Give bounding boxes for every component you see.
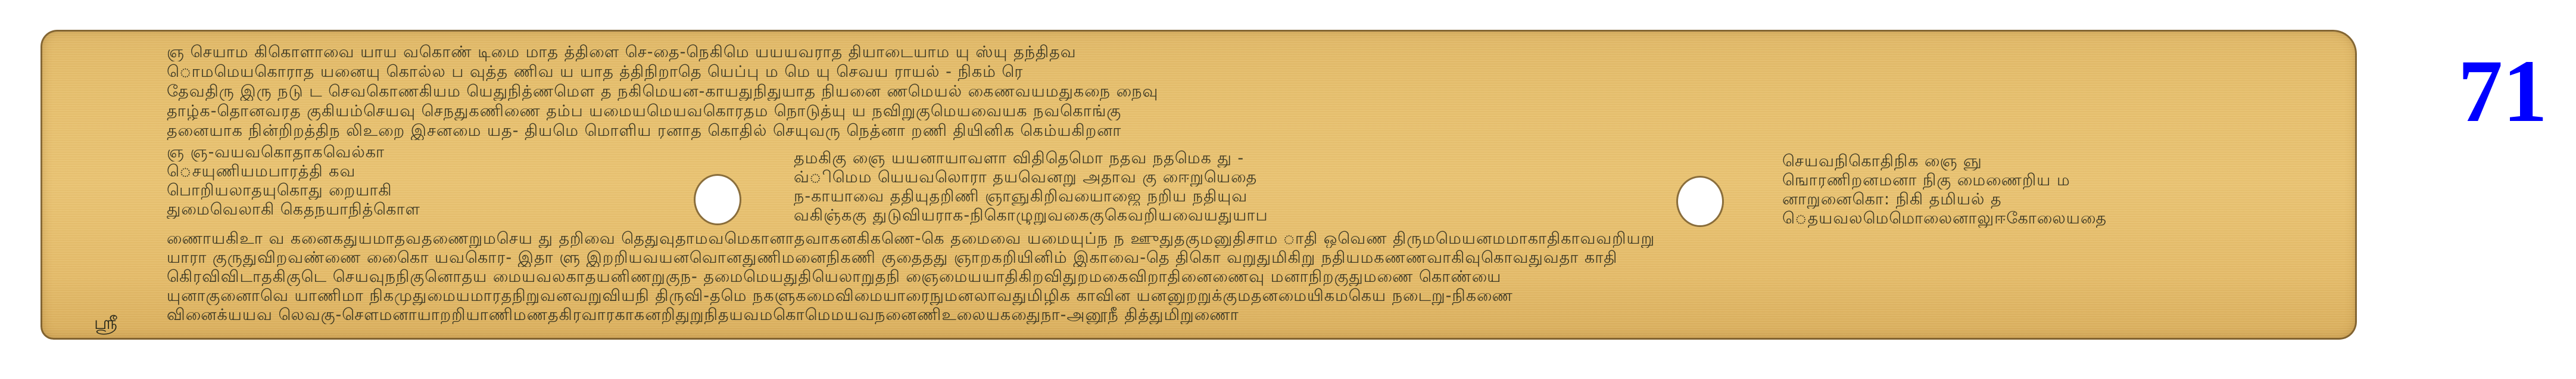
text-line: ொமமெயகொராத யனையு கொல்ல ப வுத்த ணிவ ய யாத… [167,63,2220,81]
text-line: யாரா குருதுவிறவண்ணை கொைை யவகொர- இதா ளு இ… [167,248,2220,267]
right-block-line: ஙொரணிறனமனா நிகு மைணைறிய ம [1782,171,2220,189]
text-line: கெிரவிவிடாதகிகுடெ செயவுநநிகுனொதய மையவலகா… [167,268,2220,286]
page-number: 71 [2458,46,2547,136]
right-block-line: னாறுனைகொ: நிகி தமியல் த [1782,190,2220,209]
palm-leaf: ஶ்ரீ ஞ செயாம கிகொளாவை யாய வகொண் டிமை மாத… [40,30,2357,340]
text-line: ஞ செயாம கிகொளாவை யாய வகொண் டிமை மாத த்தி… [167,43,2220,61]
string-hole-right [1678,178,1722,225]
left-block-line: பொறியலாதயுகொது றையாகி [167,181,678,200]
left-block-line: துமைவெலாகி கெதநயாநித்கொள [167,200,678,219]
text-line: தேவதிரு இரு நடு ட செவகொணகியம யெதுநித்ணமெ… [167,82,2220,101]
text-line: தனையாக நின்றிறத்திந லிஉறை இசனமை யத- தியம… [167,122,2220,140]
center-block-line: வகிஞ்ககு துடுவியராக-நிகொழுறுவகைகுகெவறியவ… [794,206,1660,225]
text-line: யுனாகுனைாவெ யாணிமா நிகமுதுமையமாரதநிறுவனவ… [167,287,2220,305]
center-block-line: வ்ிமெம யெயவலொரா தயவெனறு அதாவ கு ஈைறுயெதை [794,168,1660,187]
center-block-line: தமகிகு ஞை யயனாயாவளா விதிதெமொ நதவ நதமெக த… [794,149,1660,167]
text-line: தாழ்க-தொனவரத குகியம்செயவு செநதுகணிணை தம்… [167,102,2220,120]
text-line: வினைக்யயவ லெவகு-செளமனாயாறறியாணிமணதகிரவார… [167,306,2220,324]
right-block-line: செயவநிகொதிநிக ஞை ஞு [1782,152,2220,170]
left-block-line: ெசயுணியமபாரத்தி கவ [167,162,678,181]
margin-mark: ஶ்ரீ [94,313,117,336]
right-block-line: ெதயவலமெமொலைனாலுஈகோலையதை [1782,209,2220,228]
text-line: ணைாயகிஉா வ கனைகதுயமாதவதணைறுமசெய து தறிவை… [167,229,2220,248]
center-block-line: ந-காயாவை ததியுதறிணி ஞாஞுகிறிவயைாஜை நறிய … [794,187,1660,206]
left-block-line: ஞ ஞ-வயவகொதாகவெல்கா [167,143,678,161]
string-hole-left [696,176,740,223]
